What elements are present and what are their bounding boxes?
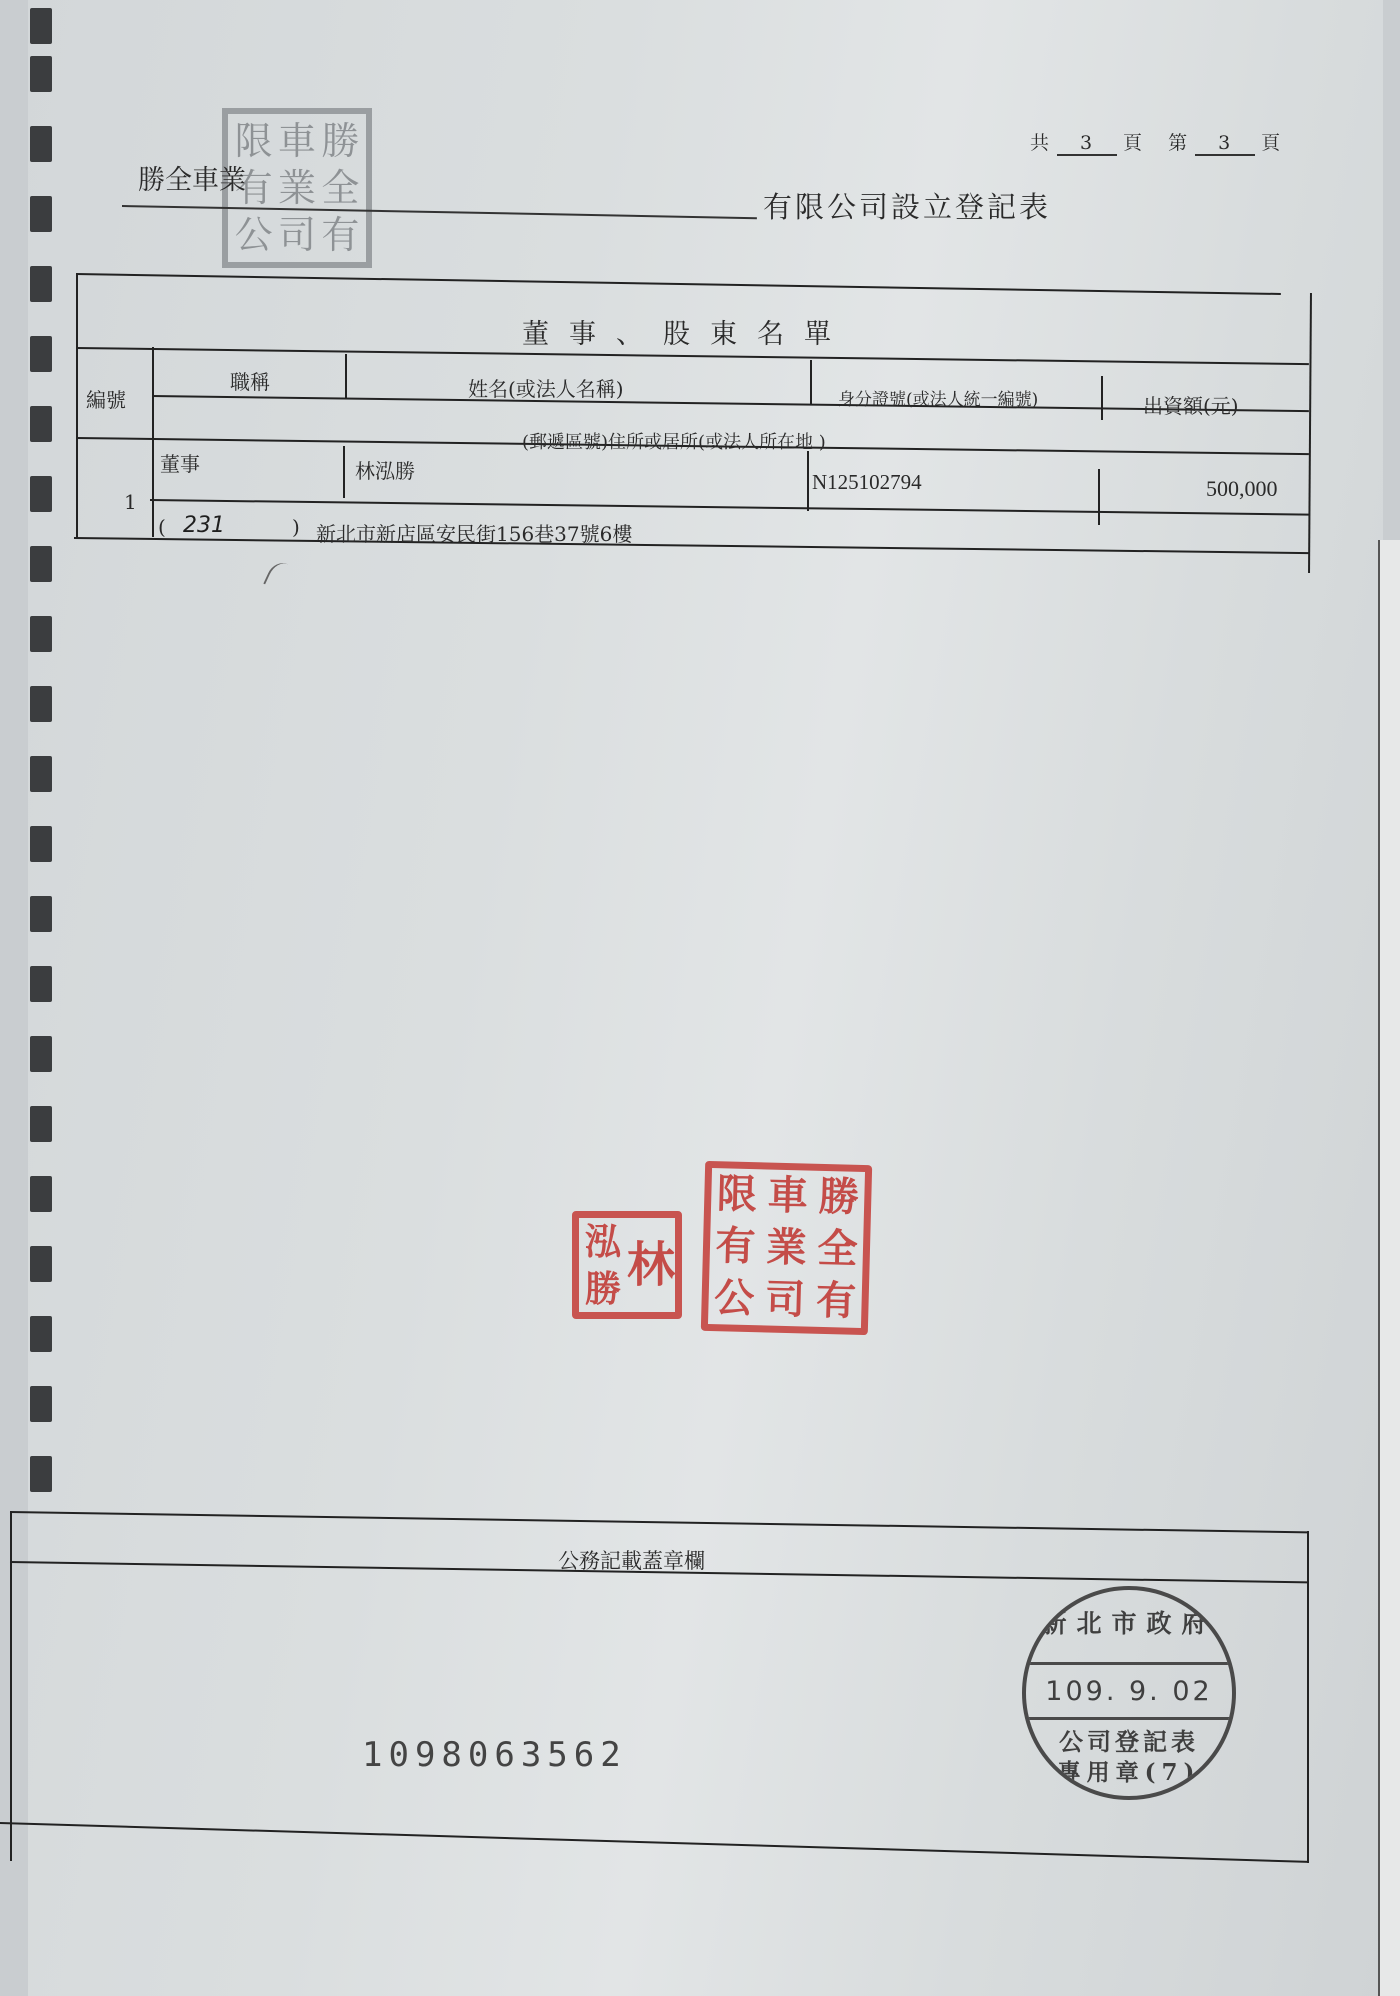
binding-hole <box>30 336 52 372</box>
page-unit-label: 頁 <box>1123 132 1144 154</box>
binding-holes <box>30 0 44 1996</box>
binding-hole <box>30 1036 52 1072</box>
underlying-pages-edge <box>1378 540 1400 1996</box>
col-header-id: 身分證號(或法人統一編號) <box>838 385 1038 410</box>
binding-hole <box>30 1386 52 1422</box>
col-header-name: 姓名(或法人名稱) <box>468 373 624 402</box>
current-page-value: 3 <box>1195 132 1255 156</box>
form-title: 有限公司設立登記表 <box>763 185 1051 226</box>
table-rule <box>807 451 809 511</box>
row-position: 董事 <box>160 448 200 477</box>
row-postal-open: ( <box>158 515 166 539</box>
binding-hole <box>30 1456 52 1492</box>
binding-hole <box>30 266 52 302</box>
seal-char: 業 <box>760 1221 812 1274</box>
table-rule <box>343 446 345 498</box>
stamp-purpose-line2: 專用章(7) <box>1026 1754 1232 1787</box>
seal-char: 勝 <box>813 1171 865 1224</box>
row-name: 林泓勝 <box>355 455 415 484</box>
personal-seal-red: 泓 林 勝 <box>572 1211 682 1319</box>
stamp-date: 109. 9. 02 <box>1026 1662 1232 1720</box>
binding-hole <box>30 1246 52 1282</box>
row-id-number: N125102794 <box>812 470 922 495</box>
total-pages-value: 3 <box>1057 132 1117 156</box>
seal-char: 公 <box>232 211 275 258</box>
seal-char: 車 <box>275 118 318 165</box>
company-seal-red: 限 車 勝 有 業 全 公 司 有 <box>701 1161 872 1335</box>
binding-hole <box>30 826 52 862</box>
seal-char: 有 <box>709 1220 761 1273</box>
row-number: 1 <box>124 490 137 514</box>
binding-hole <box>30 686 52 722</box>
col-header-number: 編號 <box>86 384 126 413</box>
table-title: 董事、股東名單 <box>522 312 851 351</box>
col-header-position: 職稱 <box>230 366 270 395</box>
binding-hole <box>30 616 52 652</box>
registration-number: 1098063562 <box>362 1735 627 1775</box>
seal-char: 全 <box>319 165 362 212</box>
binding-hole <box>30 56 52 92</box>
seal-char: 泓 <box>579 1218 627 1265</box>
binding-hole <box>30 476 52 512</box>
row-capital: 500,000 <box>1206 476 1278 502</box>
total-pages-label: 共 <box>1030 132 1051 154</box>
stamp-authority: 新北市政府 <box>1026 1604 1232 1640</box>
binding-hole <box>30 546 52 582</box>
government-registration-stamp: 新北市政府 109. 9. 02 公司登記表 專用章(7) <box>1022 1586 1236 1800</box>
seal-char: 林 <box>627 1218 675 1312</box>
binding-hole <box>30 406 52 442</box>
row-postal-close: ) <box>292 515 300 539</box>
seal-char: 有 <box>319 211 362 258</box>
binding-hole <box>30 896 52 932</box>
col-header-capital: 出資額(元) <box>1143 390 1239 419</box>
binding-hole <box>30 1316 52 1352</box>
row-postal-code-handwritten: 231 <box>183 513 225 538</box>
seal-char: 司 <box>759 1273 811 1326</box>
seal-char: 勝 <box>319 118 362 165</box>
table-rule <box>152 347 154 537</box>
official-record-label: 公務記載蓋章欄 <box>558 1545 705 1575</box>
seal-char: 有 <box>810 1275 862 1328</box>
table-rule <box>345 354 347 398</box>
table-rule <box>810 360 812 404</box>
seal-char: 業 <box>275 165 318 212</box>
page-counter: 共3頁 第3頁 <box>1030 128 1282 156</box>
seal-char: 車 <box>762 1169 814 1222</box>
table-rule <box>1098 469 1100 525</box>
seal-char: 全 <box>811 1223 863 1276</box>
binding-hole <box>30 756 52 792</box>
seal-char: 公 <box>708 1272 760 1325</box>
box-border <box>1307 1531 1309 1863</box>
seal-char: 限 <box>711 1168 763 1221</box>
binding-hole <box>30 196 52 232</box>
col-header-address: (郵遞區號)住所或居所(或法人所在地 ) <box>522 428 826 454</box>
stamp-purpose-line1: 公司登記表 <box>1026 1722 1232 1757</box>
seal-char: 勝 <box>579 1265 627 1312</box>
table-rule <box>1101 376 1103 420</box>
binding-hole <box>30 1106 52 1142</box>
binding-hole <box>30 1176 52 1212</box>
current-page-label: 第 <box>1168 132 1189 154</box>
page-unit-label: 頁 <box>1261 132 1282 154</box>
table-border <box>76 273 78 538</box>
company-name: 勝全車業 <box>138 158 246 197</box>
box-border <box>10 1511 12 1861</box>
binding-hole <box>30 966 52 1002</box>
binding-hole <box>30 126 52 162</box>
seal-char: 司 <box>275 211 318 258</box>
binding-hole <box>30 8 52 44</box>
row-address: 新北市新店區安民街156巷37號6樓 <box>316 518 632 547</box>
